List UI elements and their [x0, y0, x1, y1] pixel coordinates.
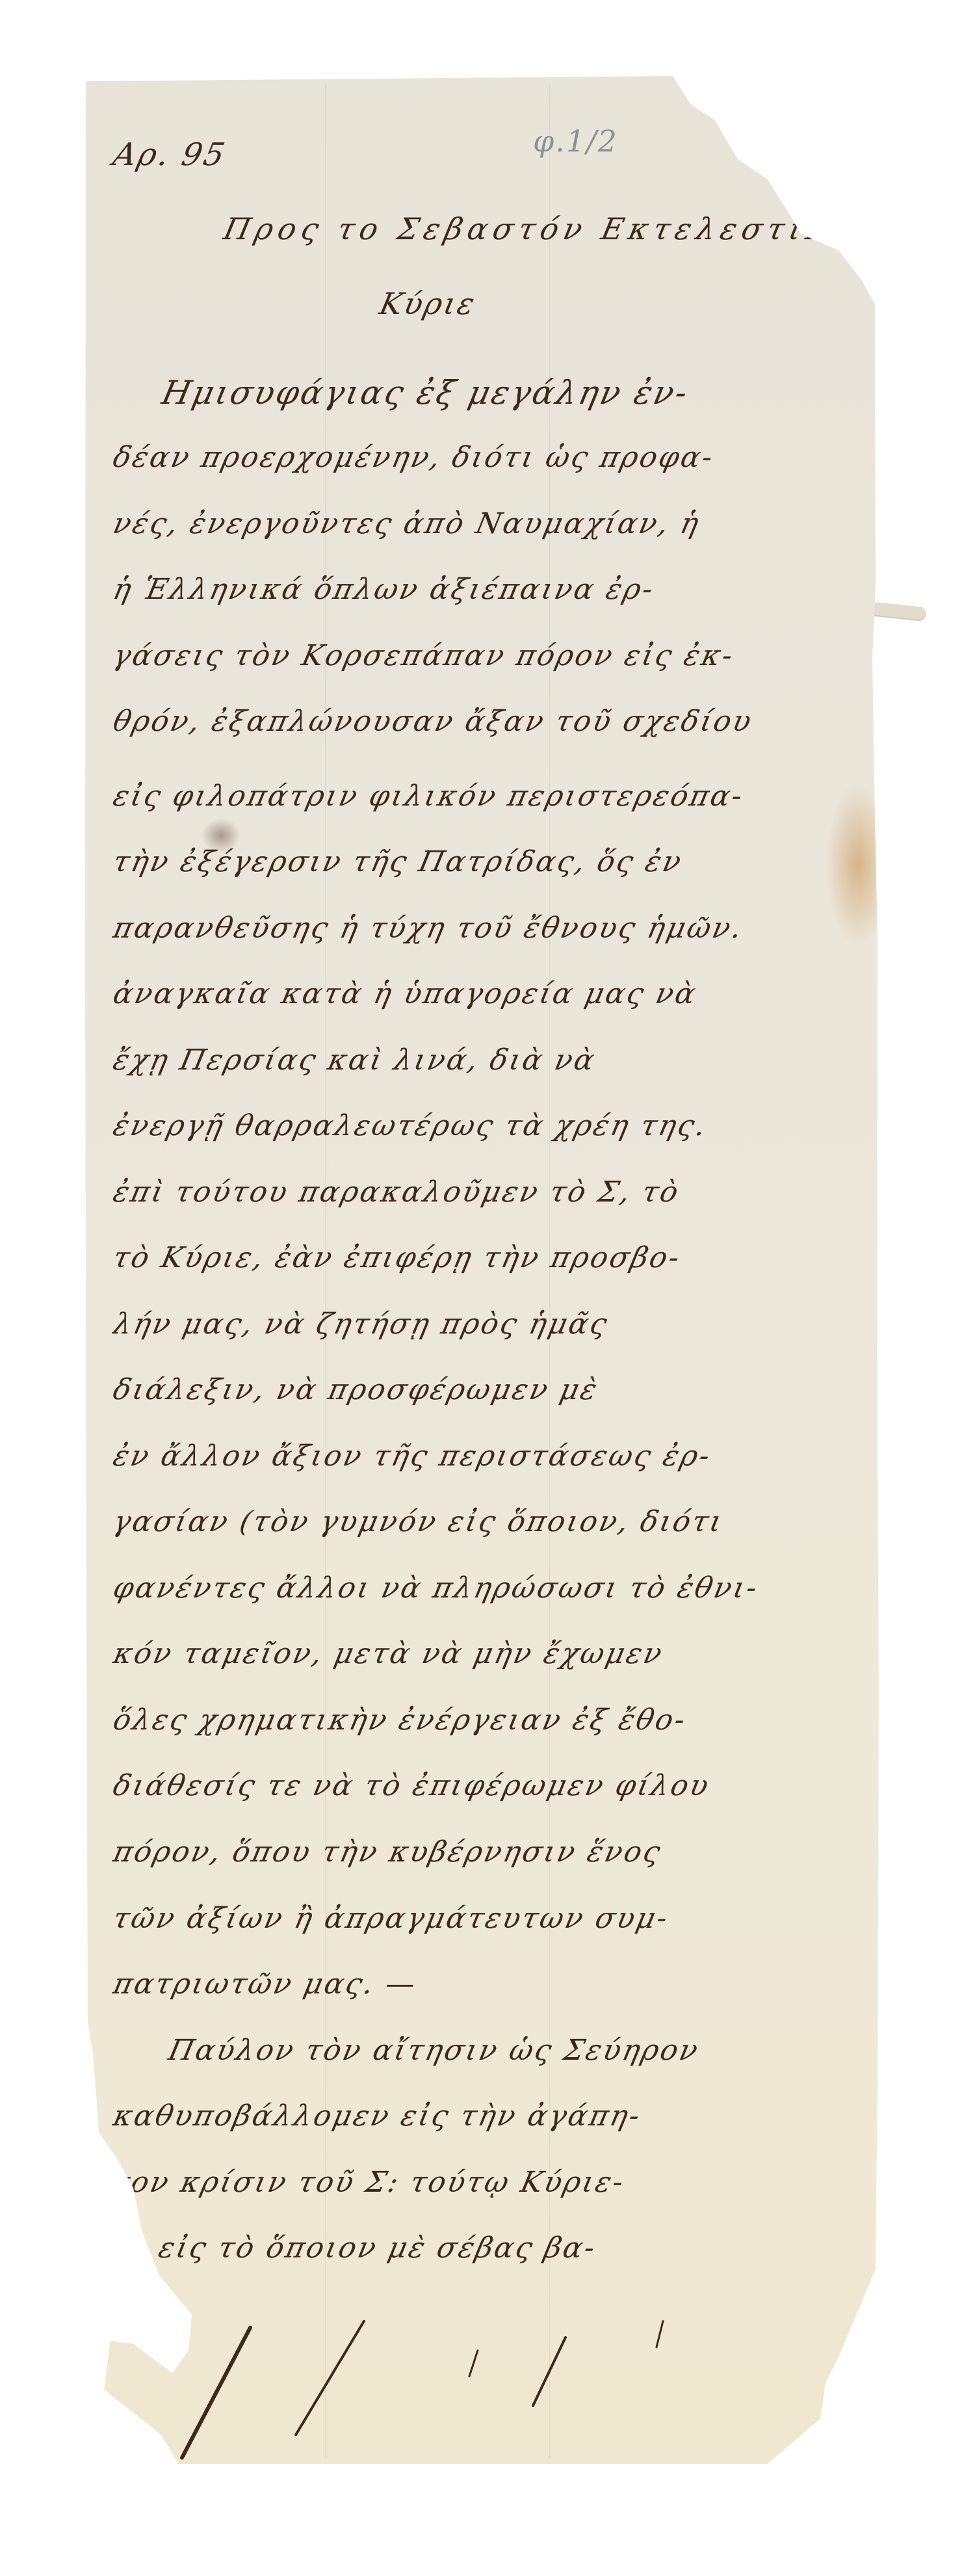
salutation: Κύριε: [376, 286, 480, 321]
body-line: καθυποβάλλομεν εἰς τὴν ἀγάπη-: [110, 2099, 872, 2133]
body-line: τὸ Κύριε, ἐὰν ἐπιφέρῃ τὴν προσβο-: [110, 1241, 872, 1274]
body-line: διάθεσίς τε νὰ τὸ ἐπιφέρωμεν φίλου: [110, 1769, 872, 1802]
body-line: εἰς τὸ ὅποιον μὲ σέβας βα-: [156, 2231, 872, 2265]
body-line: διάλεξιν, νὰ προσφέρωμεν μὲ: [110, 1373, 872, 1406]
body-line: δέαν προερχομένην, διότι ὡς προφα-: [110, 441, 872, 474]
reference-number: Αρ. 95: [110, 137, 229, 173]
body-line: ἐνεργῇ θαρραλεωτέρως τὰ χρέη της.: [110, 1109, 872, 1142]
body-line: ἀναγκαῖα κατὰ ἡ ὑπαγορεία μας νὰ: [110, 977, 872, 1010]
body-line: γασίαν (τὸν γυμνόν εἰς ὅποιον, διότι: [110, 1505, 872, 1538]
body-line: παρανθεῦσης ἡ τύχη τοῦ ἔθνους ἡμῶν.: [110, 912, 872, 945]
paper-tab: [874, 602, 927, 622]
body-line: Ημισυφάγιας ἐξ μεγάλην ἐν-: [159, 374, 872, 412]
body-line: ἡ Ἑλληνικά ὅπλων ἀξιέπαινα ἐρ-: [110, 573, 872, 606]
body-line: τῶν ἀξίων ἢ ἀπραγμάτευτων συμ-: [110, 1902, 872, 1935]
body-line: θρόν, ἐξαπλώνουσαν ἄξαν τοῦ σχεδίου: [110, 705, 872, 738]
body-line: εἰς φιλοπάτριν φιλικόν περιστερεόπα-: [110, 780, 872, 813]
body-line: ἔχῃ Περσίας καὶ λινά, διὰ νὰ: [110, 1044, 872, 1077]
body-line: νές, ἐνεργοῦντες ἀπὸ Ναυμαχίαν, ἡ: [110, 507, 872, 540]
addressee-line: Προς το Σεβαστόν Εκτελεστικόν: [220, 211, 881, 246]
body-line: λήν μας, νὰ ζητήσῃ πρὸς ἡμᾶς: [110, 1308, 872, 1341]
body-line: κόν ταμεῖον, μετὰ νὰ μὴν ἔχωμεν: [110, 1637, 872, 1670]
manuscript-page: φ.1/2 Αρ. 95 Προς το Σεβαστόν Εκτελεστικ…: [0, 0, 975, 2576]
body-line: ὅλες χρηματικὴν ἐνέργειαν ἐξ ἔθο-: [110, 1703, 872, 1737]
body-line: Παύλον τὸν αἴτησιν ὡς Σεύηρον: [166, 2034, 872, 2067]
body-line: πατριωτῶν μας. —: [110, 1967, 872, 2001]
body-line: τον κρίσιν τοῦ Σ: τούτῳ Κύριε-: [110, 2166, 872, 2199]
body-line: φανέντες ἄλλοι νὰ πληρώσωσι τὸ ἐθνι-: [110, 1571, 872, 1605]
body-line: πόρον, ὅπου τὴν κυβέρνησιν ἕνος: [110, 1835, 872, 1869]
pencil-annotation: φ.1/2: [533, 124, 618, 159]
paper-sheet: φ.1/2 Αρ. 95 Προς το Σεβαστόν Εκτελεστικ…: [0, 0, 975, 2576]
body-line: ἐπὶ τούτου παρακαλοῦμεν τὸ Σ, τὸ: [110, 1176, 872, 1209]
body-line: ἐν ἄλλον ἄξιον τῆς περιστάσεως ἐρ-: [110, 1439, 872, 1473]
body-line: γάσεις τὸν Κορσεπάπαν πόρον εἰς ἐκ-: [110, 639, 872, 672]
body-line: τὴν ἐξέγερσιν τῆς Πατρίδας, ὅς ἐν: [110, 845, 872, 878]
